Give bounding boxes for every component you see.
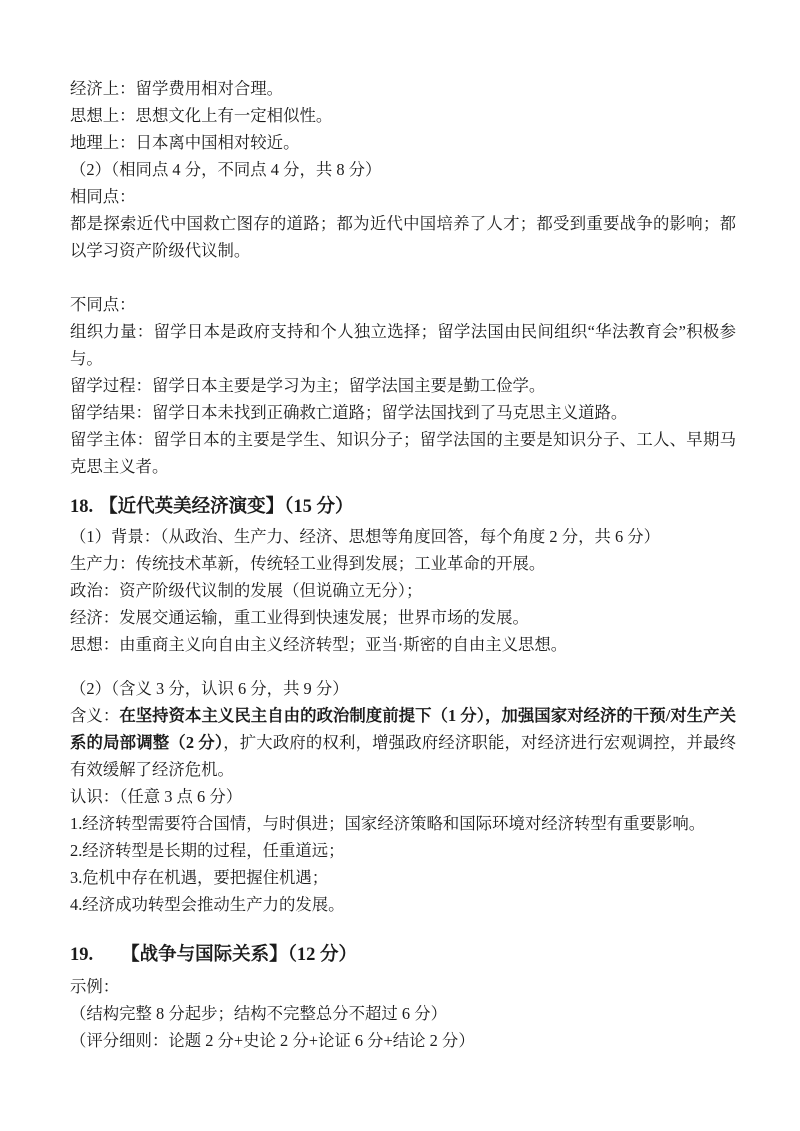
q19-scoring-rule: （评分细则：论题 2 分+史论 2 分+论证 6 分+结论 2 分） xyxy=(70,1027,736,1054)
q18-economy: 经济：发展交通运输，重工业得到快速发展；世界市场的发展。 xyxy=(70,604,736,631)
q19-structure-rule: （结构完整 8 分起步；结构不完整总分不超过 6 分） xyxy=(70,1000,736,1027)
score-note-q2: （2）（相同点 4 分，不同点 4 分，共 8 分） xyxy=(70,156,736,183)
understanding-point-3: 3.危机中存在机遇，要把握住机遇； xyxy=(70,864,736,891)
question-19-title: 【战争与国际关系】（12 分） xyxy=(121,945,357,965)
q18-thought: 思想：由重商主义向自由主义经济转型；亚当·斯密的自由主义思想。 xyxy=(70,631,736,658)
blank-line xyxy=(70,658,736,675)
q18-understanding-intro: 认识：（任意 3 点 6 分） xyxy=(70,783,736,810)
q18-politics: 政治：资产阶级代议制的发展（但说确立无分）； xyxy=(70,577,736,604)
understanding-point-1: 1.经济转型需要符合国情，与时俱进；国家经济策略和国际环境对经济转型有重要影响。 xyxy=(70,810,736,837)
diff-point-result: 留学结果：留学日本未找到正确救亡道路；留学法国找到了马克思主义道路。 xyxy=(70,399,736,426)
diff-point-process: 留学过程：留学日本主要是学习为主；留学法国主要是勤工俭学。 xyxy=(70,372,736,399)
diff-point-subject: 留学主体：留学日本的主要是学生、知识分子；留学法国的主要是知识分子、工人、早期马… xyxy=(70,426,736,480)
question-19-number: 19. xyxy=(70,940,93,970)
q19-example-label: 示例： xyxy=(70,973,736,1000)
answer-line-thought: 思想上：思想文化上有一定相似性。 xyxy=(70,102,736,129)
answer-line-geography: 地理上：日本离中国相对较近。 xyxy=(70,129,736,156)
understanding-point-4: 4.经济成功转型会推动生产力的发展。 xyxy=(70,891,736,918)
q18-productivity: 生产力：传统技术革新，传统轻工业得到发展；工业革命的开展。 xyxy=(70,550,736,577)
question-18-number: 18. xyxy=(70,492,93,522)
heading-question-19: 19.【战争与国际关系】（12 分） xyxy=(70,940,736,970)
document-page: 经济上：留学费用相对合理。 思想上：思想文化上有一定相似性。 地理上：日本离中国… xyxy=(0,0,800,1131)
document-content: 经济上：留学费用相对合理。 思想上：思想文化上有一定相似性。 地理上：日本离中国… xyxy=(70,75,736,1054)
question-18-title: 【近代英美经济演变】（15 分） xyxy=(99,497,353,517)
q18-part1-intro: （1）背景：（从政治、生产力、经济、思想等角度回答，每个角度 2 分，共 6 分… xyxy=(70,523,736,550)
answer-line-economy: 经济上：留学费用相对合理。 xyxy=(70,75,736,102)
blank-line xyxy=(70,264,736,291)
q18-meaning-paragraph: 含义：在坚持资本主义民主自由的政治制度前提下（1 分），加强国家对经济的干预/对… xyxy=(70,702,736,783)
same-points-text: 都是探索近代中国救亡图存的道路；都为近代中国培养了人才；都受到重要战争的影响；都… xyxy=(70,210,736,264)
different-points-label: 不同点： xyxy=(70,291,736,318)
heading-question-18: 18.【近代英美经济演变】（15 分） xyxy=(70,492,736,522)
q18-part2-intro: （2）（含义 3 分，认识 6 分，共 9 分） xyxy=(70,675,736,702)
meaning-label: 含义： xyxy=(70,706,119,725)
same-points-label: 相同点： xyxy=(70,183,736,210)
understanding-point-2: 2.经济转型是长期的过程，任重道远； xyxy=(70,837,736,864)
diff-point-organization: 组织力量：留学日本是政府支持和个人独立选择；留学法国由民间组织“华法教育会”积极… xyxy=(70,318,736,372)
